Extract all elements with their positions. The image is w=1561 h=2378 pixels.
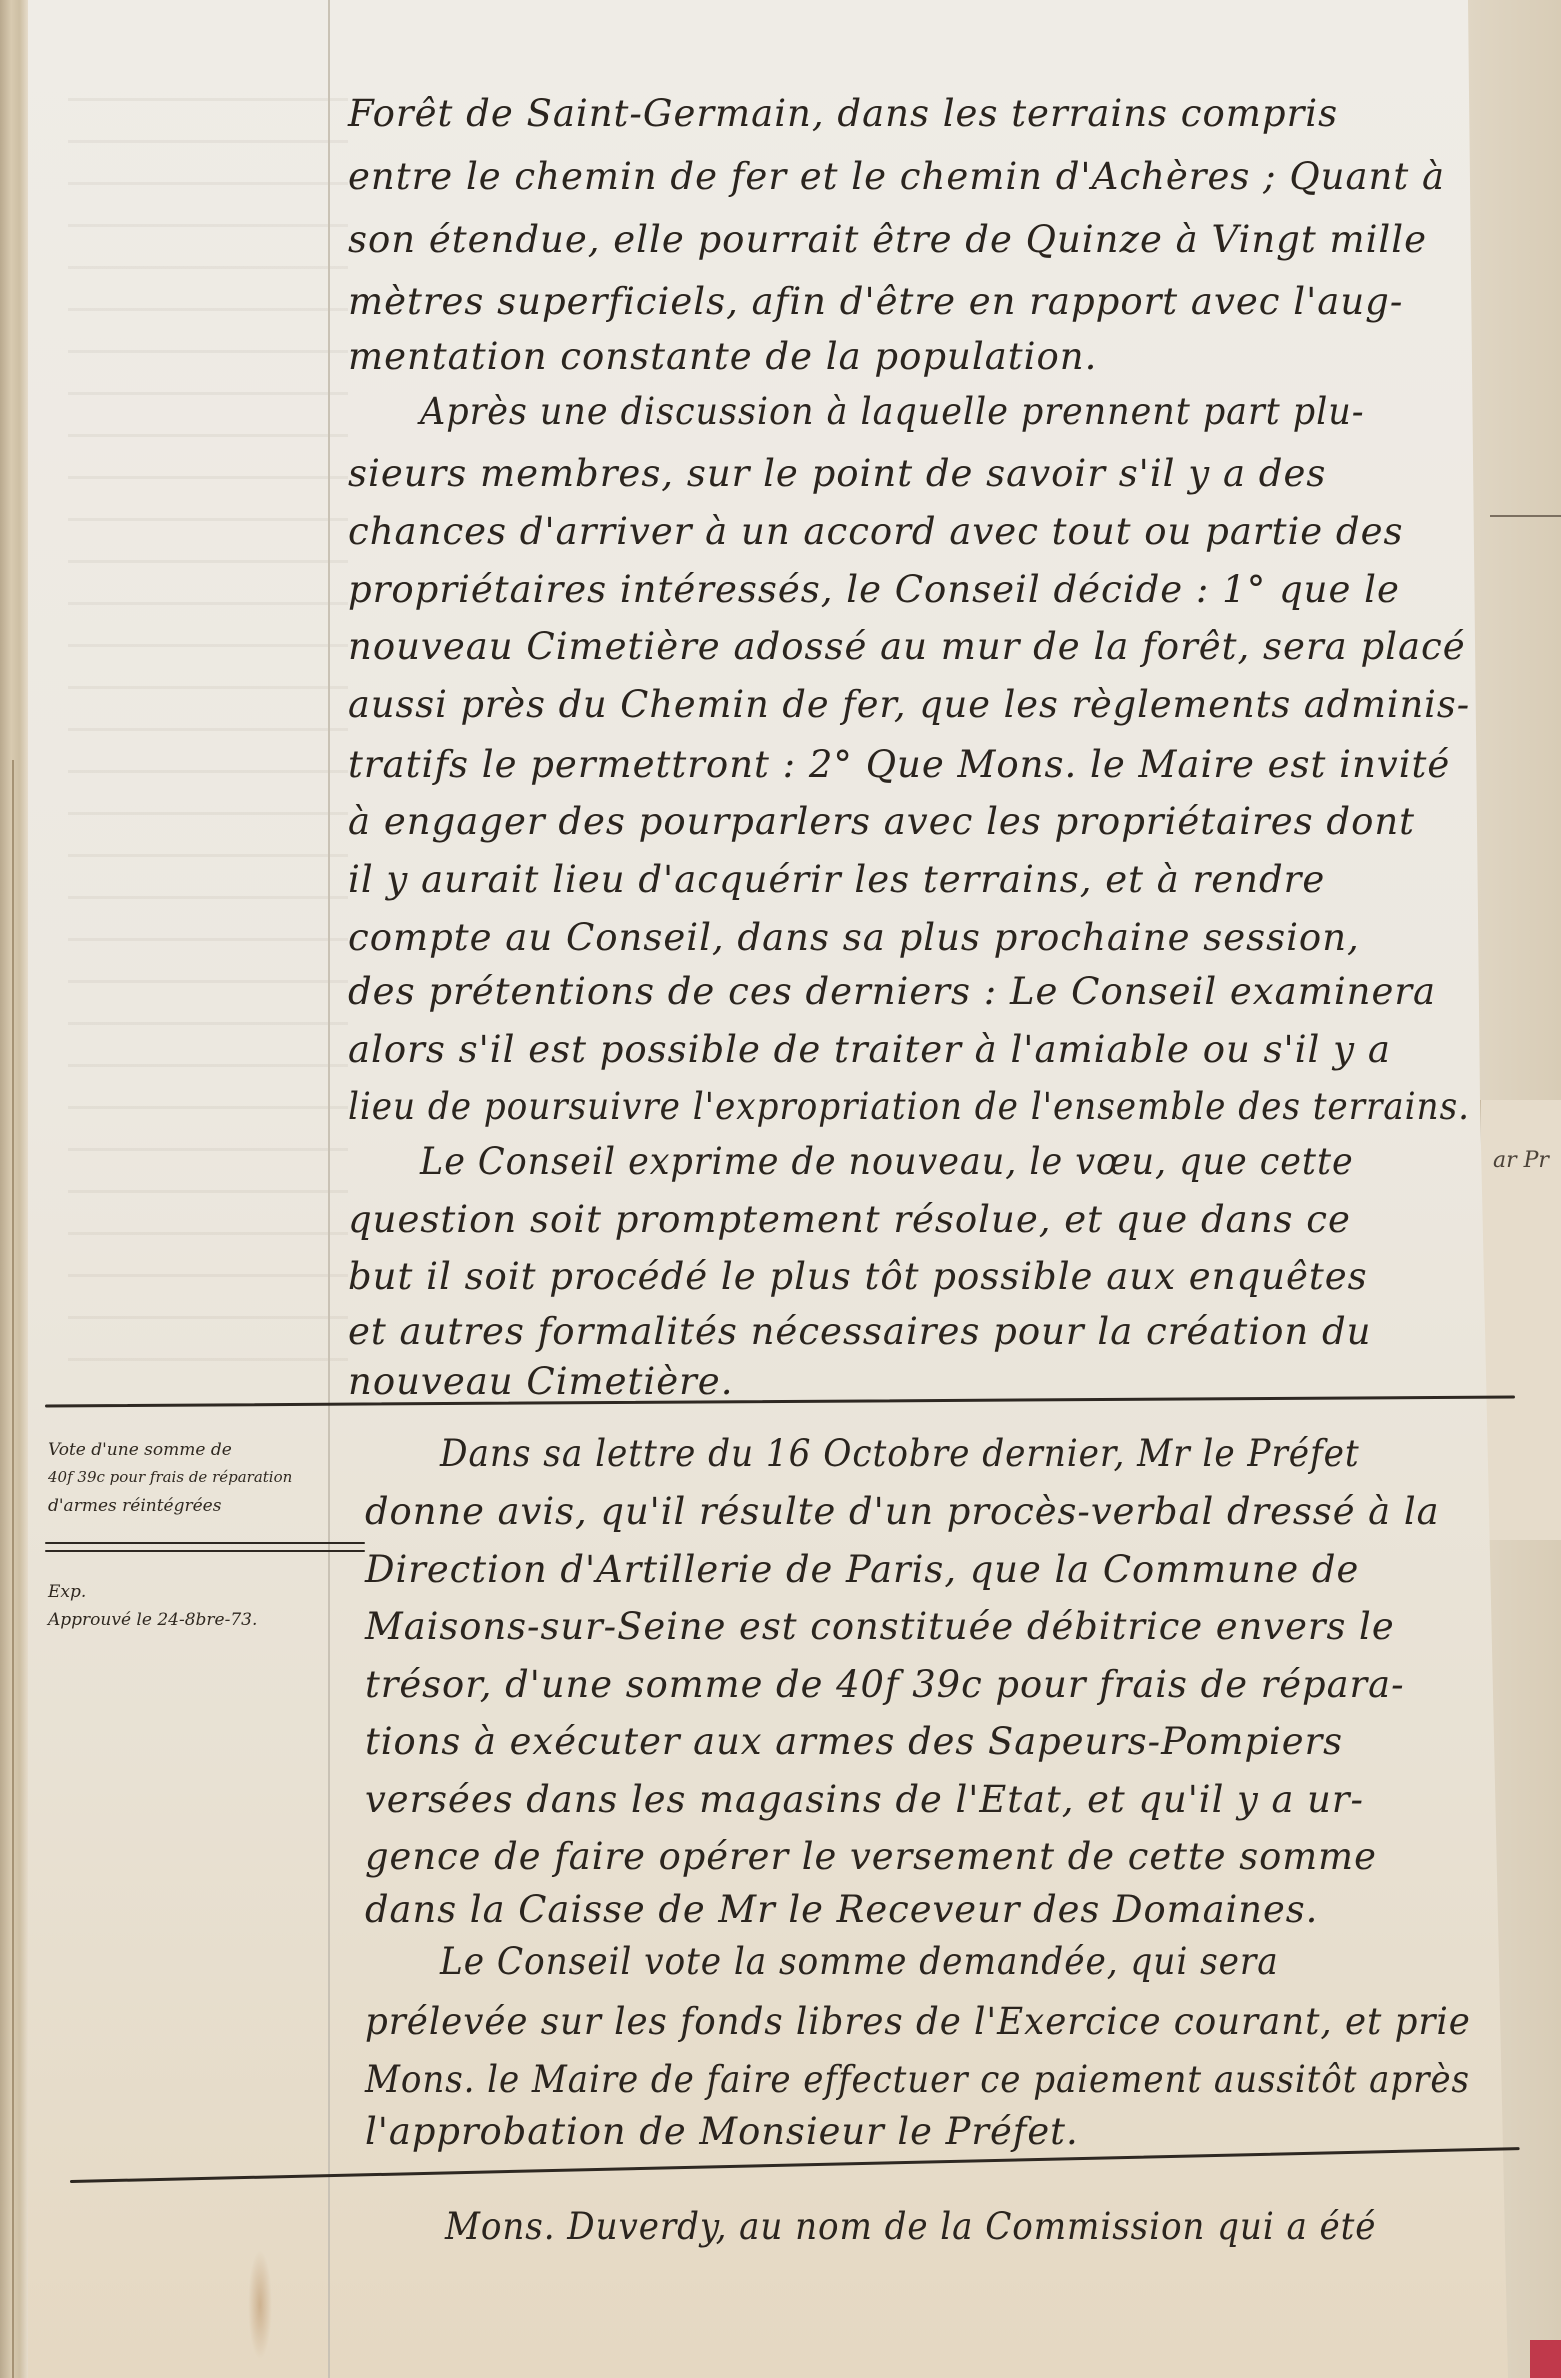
text-line: versées dans les magasins de l'Etat, et … [365,1778,1469,1821]
text-line: son étendue, elle pourrait être de Quinz… [348,218,1458,261]
text-line: aussi près du Chemin de fer, que les règ… [348,683,1448,726]
text-line: entre le chemin de fer et le chemin d'Ac… [348,155,1458,198]
text-line: Le Conseil vote la somme demandée, qui s… [440,1940,1470,1983]
margin-double-rule [45,1550,365,1552]
red-bookmark-tab [1530,2340,1561,2378]
text-line: des prétentions de ces derniers : Le Con… [348,970,1458,1013]
margin-status-line: Exp. [48,1582,348,1602]
text-line: sieurs membres, sur le point de savoir s… [348,452,1458,495]
book-binding-edge [0,0,28,2378]
text-line: Dans sa lettre du 16 Octobre dernier, Mr… [440,1432,1470,1475]
margin-title-line: Vote d'une somme de [48,1440,348,1460]
adjacent-paper-slip: ar Pr [1480,1100,1561,1540]
text-line: prélevée sur les fonds libres de l'Exerc… [365,2000,1434,2043]
margin-title-line: 40f 39c pour frais de réparation [48,1468,348,1486]
text-line: chances d'arriver à un accord avec tout … [348,510,1458,553]
text-line: Le Conseil exprime de nouveau, le vœu, q… [420,1140,1470,1183]
margin-status-line: Approuvé le 24-8bre-73. [48,1610,348,1630]
bleed-through-text [68,60,348,1380]
text-line: Forêt de Saint-Germain, dans les terrain… [348,92,1458,135]
text-line: Direction d'Artillerie de Paris, que la … [365,1548,1469,1591]
text-line: dans la Caisse de Mr le Receveur des Dom… [365,1888,1469,1931]
text-line: compte au Conseil, dans sa plus prochain… [348,916,1458,959]
text-line: tratifs le permettront : 2° Que Mons. le… [348,743,1458,786]
underlying-page-rule [1490,515,1561,517]
paper-stain [248,2250,272,2360]
text-line: et autres formalités nécessaires pour la… [348,1310,1458,1353]
text-line: Mons. Duverdy, au nom de la Commission q… [445,2205,1470,2248]
text-line: trésor, d'une somme de 40f 39c pour frai… [365,1663,1469,1706]
text-line: donne avis, qu'il résulte d'un procès-ve… [365,1490,1469,1533]
text-line: l'approbation de Monsieur le Préfet. [365,2110,1469,2153]
text-line: mentation constante de la population. [348,335,1458,378]
margin-rule [328,0,330,2378]
text-line: but il soit procédé le plus tôt possible… [348,1255,1458,1298]
text-line: propriétaires intéressés, le Conseil déc… [348,568,1458,611]
text-line: lieu de poursuivre l'expropriation de l'… [348,1085,1377,1128]
text-line: question soit promptement résolue, et qu… [348,1198,1458,1241]
text-line: gence de faire opérer le versement de ce… [365,1835,1469,1878]
text-line: à engager des pourparlers avec les propr… [348,800,1458,843]
text-line: nouveau Cimetière adossé au mur de la fo… [348,625,1458,668]
text-line: Mons. le Maire de faire effectuer ce pai… [365,2058,1388,2101]
text-line: mètres superficiels, afin d'être en rapp… [348,280,1458,323]
margin-double-rule [45,1542,365,1544]
text-line: il y aurait lieu d'acquérir les terrains… [348,858,1458,901]
text-line: Maisons-sur-Seine est constituée débitri… [365,1605,1469,1648]
adjacent-slip-text: ar Pr [1493,1148,1549,1173]
margin-title-line: d'armes réintégrées [48,1496,348,1516]
text-line: alors s'il est possible de traiter à l'a… [348,1028,1458,1071]
text-line: Après une discussion à laquelle prennent… [420,390,1470,433]
text-line: tions à exécuter aux armes des Sapeurs-P… [365,1720,1469,1763]
